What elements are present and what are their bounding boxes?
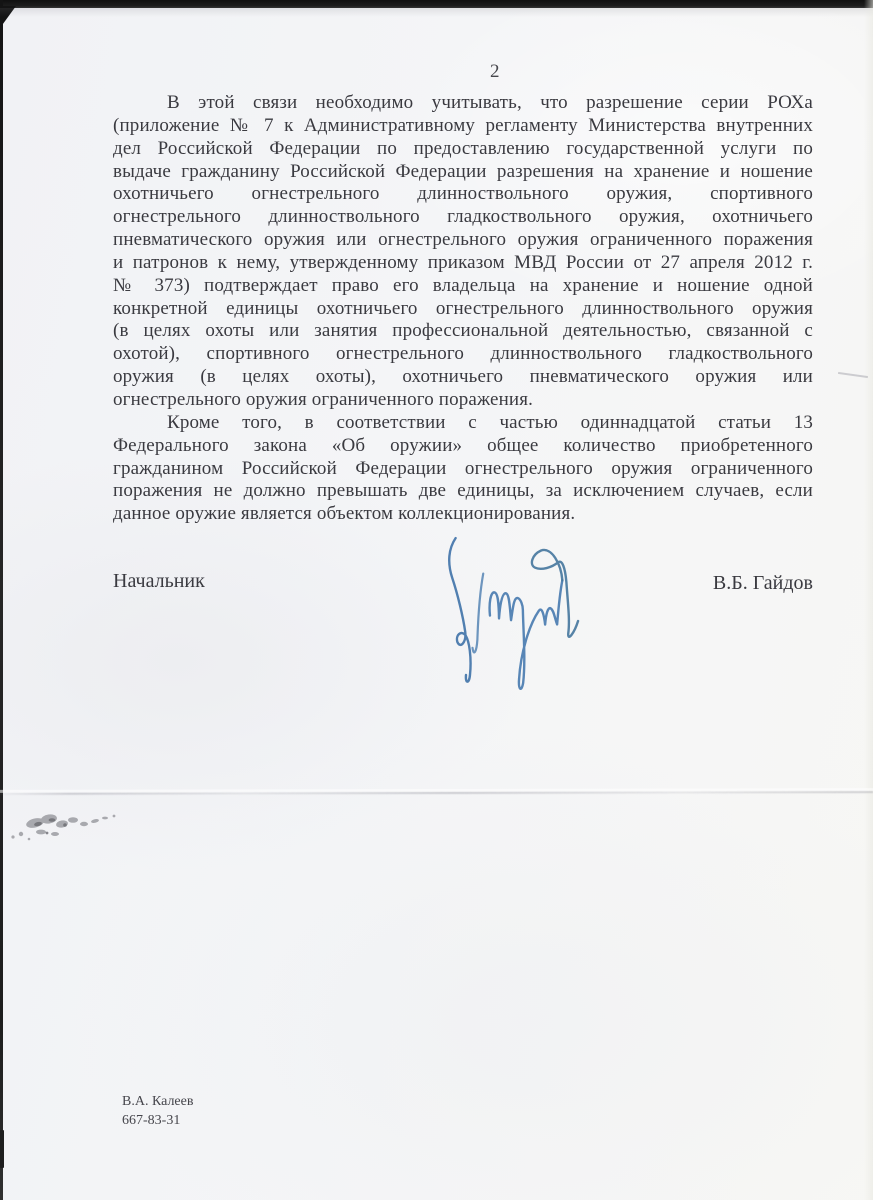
text-line: выдаче гражданину Российской Федерации р… (113, 161, 813, 184)
text-line: охотой), спортивного огнестрельного длин… (113, 343, 813, 366)
text-line: и патронов к нему, утвержденному приказо… (113, 252, 813, 275)
paragraph-2: Кроме того, в соответствии с частью один… (113, 412, 813, 526)
text-line: В этой связи необходимо учитывать, что р… (113, 92, 813, 115)
scan-edge-shadow (0, 8, 873, 17)
ink-stroke (449, 538, 471, 682)
footer-executor-block: В.А. Калеев 667-83-31 (122, 1092, 193, 1130)
text-line: конкретной единицы охотничьего огнестрел… (113, 298, 813, 321)
document-body: В этой связи необходимо учитывать, что р… (113, 92, 813, 526)
text-line: пневматического оружия или огнестрельног… (113, 229, 813, 252)
executor-phone: 667-83-31 (122, 1111, 193, 1130)
text-line: Федерального закона «Об оружии» общее ко… (113, 435, 813, 458)
text-line: огнестрельного оружия ограниченного пора… (113, 389, 813, 412)
text-line: огнестрельного длинноствольного гладкост… (113, 206, 813, 229)
signer-name: В.Б. Гайдов (713, 572, 813, 595)
ink-stroke (532, 549, 579, 637)
text-line: дел Российской Федерации по предоставлен… (113, 138, 813, 161)
text-line: (приложение № 7 к Административному регл… (113, 115, 813, 138)
smudge-mark (5, 806, 135, 846)
scan-edge-right-soft (864, 0, 873, 1200)
text-line: данное оружие является объектом коллекци… (113, 503, 813, 526)
text-line: (в целях охоты или занятия профессиональ… (113, 320, 813, 343)
text-line: Кроме того, в соответствии с частью один… (113, 412, 813, 435)
paragraph-1: В этой связи необходимо учитывать, что р… (113, 92, 813, 412)
signer-position-title: Начальник (113, 570, 205, 593)
text-line: охотничьего огнестрельного длинноствольн… (113, 183, 813, 206)
text-line: № 373) подтверждает право его владельца … (113, 275, 813, 298)
text-line: поражения не должно превышать две единиц… (113, 480, 813, 503)
text-line: оружия (в целях охоты), охотничьего пнев… (113, 366, 813, 389)
text-line: гражданином Российской Федерации огнестр… (113, 458, 813, 481)
scan-edge-top (0, 0, 873, 8)
executor-name: В.А. Калеев (122, 1092, 193, 1111)
page-number: 2 (0, 61, 873, 83)
ink-stroke (471, 574, 484, 653)
ink-stroke (489, 580, 564, 689)
scan-bottom-left-mark (0, 1130, 4, 1168)
handwritten-signature-ink (444, 534, 597, 702)
scan-edge-left (0, 0, 3, 1200)
